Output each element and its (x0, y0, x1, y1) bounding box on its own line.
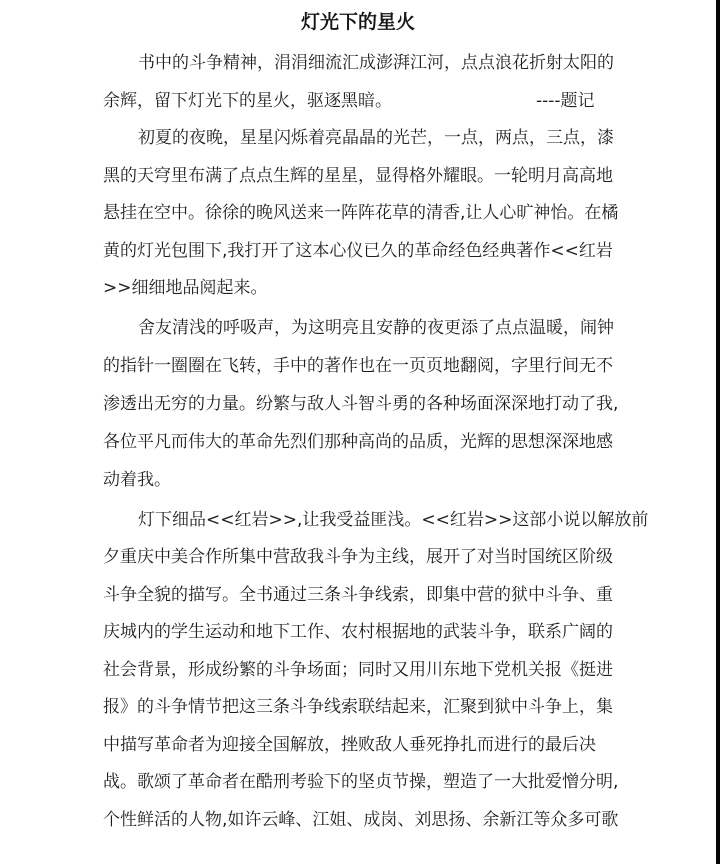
paragraph-line: >>细细地品阅起来。 (103, 273, 610, 303)
paragraph-line: 夕重庆中美合作所集中营敌我斗争为主线，展开了对当时国统区阶级 (103, 542, 610, 572)
epigraph-line: 书中的斗争精神，涓涓细流汇成澎湃江河，点点浪花折射太阳的 (138, 48, 610, 78)
paragraph-line: 悬挂在空中。徐徐的晚风送来一阵阵花草的清香,让人心旷神怡。在橘 (103, 198, 610, 228)
paragraph-line: 各位平凡而伟大的革命先烈们那种高尚的品质，光辉的思想深深地感 (103, 427, 610, 457)
paragraph-line: 舍友清浅的呼吸声，为这明亮且安静的夜更添了点点温暖，闹钟 (138, 313, 610, 343)
paragraph-line: 社会背景，形成纷繁的斗争场面；同时又用川东地下党机关报《挺进 (103, 655, 610, 685)
paragraph-line: 报》的斗争情节把这三条斗争线索联结起来，汇聚到狱中斗争上，集 (103, 692, 610, 722)
paragraph-line: 渗透出无穷的力量。纷繁与敌人斗智斗勇的各种场面深深地打动了我, (103, 389, 610, 419)
paragraph-line: 初夏的夜晚，星星闪烁着亮晶晶的光芒，一点，两点，三点，漆 (138, 123, 610, 153)
epigraph-line: 余辉，留下灯光下的星火，驱逐黑暗。 (103, 86, 403, 116)
paragraph-line: 庆城内的学生运动和地下工作、农村根据地的武装斗争，联系广阔的 (103, 617, 610, 647)
paragraph-line: 的指针一圈圈在飞转，手中的著作也在一页页地翻阅，字里行间无不 (103, 351, 610, 381)
paragraph-line: 个性鲜活的人物,如许云峰、江姐、成岗、刘思扬、余新江等众多可歌 (103, 805, 610, 835)
document-page: 灯光下的星火 书中的斗争精神，涓涓细流汇成澎湃江河，点点浪花折射太阳的 余辉，留… (0, 0, 716, 864)
paragraph-line: 黑的天穹里布满了点点生辉的星星，显得格外耀眼。一轮明月高高地 (103, 161, 610, 191)
paragraph-line: 中描写革命者为迎接全国解放，挫败敌人垂死挣扎而进行的最后决 (103, 730, 553, 760)
right-edge-border (716, 0, 720, 864)
document-title: 灯光下的星火 (0, 8, 716, 36)
paragraph-line: 斗争全貌的描写。全书通过三条斗争线索，即集中营的狱中斗争、重 (103, 580, 610, 610)
paragraph-line: 灯下细品<<红岩>>,让我受益匪浅。<<红岩>>这部小说以解放前 (138, 505, 610, 535)
paragraph-line: 黄的灯光包围下,我打开了这本心仪已久的革命经色经典著作<<红岩 (103, 236, 610, 266)
epigraph-signature: ----题记 (536, 86, 595, 116)
paragraph-line: 动着我。 (103, 465, 610, 495)
paragraph-line: 战。歌颂了革命者在酷刑考验下的坚贞节操，塑造了一大批爱憎分明, (103, 767, 610, 797)
